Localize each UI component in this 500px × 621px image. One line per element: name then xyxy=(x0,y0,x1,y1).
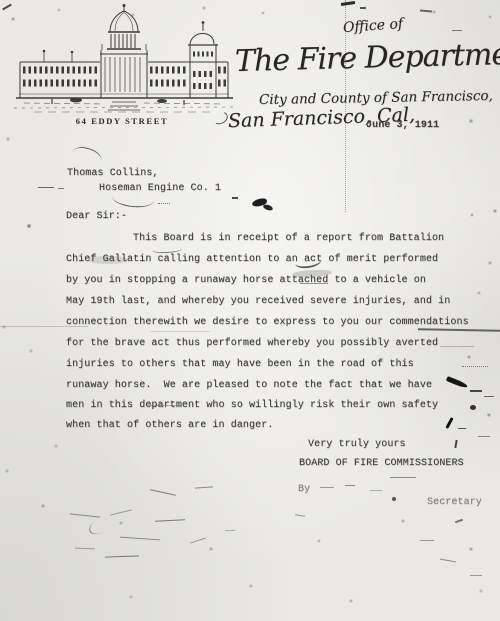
by-label: By xyxy=(298,484,310,496)
pencil-mark xyxy=(120,537,160,541)
pencil-mark xyxy=(195,486,213,488)
scratch-line-mark xyxy=(150,331,210,332)
scratch-line-mark xyxy=(462,366,488,367)
body-line: May 19th last, and whereby you received … xyxy=(66,296,450,308)
body-line: men in this department who so willingly … xyxy=(66,400,438,412)
smudge-mark xyxy=(360,7,366,9)
smudge-mark xyxy=(484,396,494,397)
smudge-mark xyxy=(70,144,104,169)
ink-blot-mark xyxy=(262,203,273,211)
pencil-mark xyxy=(420,540,434,541)
pencil-mark xyxy=(110,509,132,515)
smudge-mark xyxy=(58,188,64,189)
letter-date: June 3, 1911 xyxy=(366,120,439,132)
smudge-mark xyxy=(88,256,128,264)
letterhead-address-caption: 64 EDDY STREET xyxy=(32,116,212,126)
body-line: injuries to others that may have been in… xyxy=(66,359,414,371)
body-line: for the brave act thus performed whereby… xyxy=(66,338,438,350)
signature-organization: BOARD OF FIRE COMMISSIONERS xyxy=(299,458,464,470)
pencil-mark xyxy=(440,559,456,563)
pencil-mark xyxy=(295,514,305,516)
scan-noise-speckles xyxy=(0,0,2,2)
body-line: This Board is in receipt of a report fro… xyxy=(133,233,444,245)
ink-blot-mark xyxy=(470,405,476,410)
smudge-mark xyxy=(345,485,355,486)
pencil-mark xyxy=(470,575,482,576)
salutation: Dear Sir:- xyxy=(66,211,127,223)
smudge-mark xyxy=(478,436,490,437)
pencil-mark xyxy=(190,538,206,544)
pencil-mark xyxy=(105,555,139,557)
smudge-mark xyxy=(470,390,482,392)
smudge-mark xyxy=(38,187,54,188)
smudge-mark xyxy=(370,490,382,491)
pencil-mark xyxy=(455,519,463,524)
pencil-mark xyxy=(150,489,176,495)
city-hall-engraving-illustration xyxy=(14,4,236,116)
pencil-mark xyxy=(70,513,100,517)
secretary-label: Secretary xyxy=(427,497,482,509)
smudge-mark xyxy=(454,440,457,448)
ink-blot-mark xyxy=(445,417,453,429)
scanned-letter-page: 64 EDDY STREET Office of The Fire Depart… xyxy=(0,0,500,621)
smudge-mark xyxy=(158,203,170,204)
letterhead-department-name: The Fire Department, xyxy=(235,36,500,79)
body-line: connection therewith we desire to expres… xyxy=(66,317,469,329)
ink-blot-mark xyxy=(446,376,468,389)
smudge-mark xyxy=(390,477,416,478)
body-line: by you in stopping a runaway horse attac… xyxy=(66,275,426,287)
ink-blot-mark xyxy=(341,1,355,6)
smudge-mark xyxy=(320,487,334,488)
smudge-mark xyxy=(458,428,466,429)
body-line: when that of others are in danger. xyxy=(66,420,273,432)
smudge-mark xyxy=(2,4,12,11)
smudge-mark xyxy=(452,30,462,31)
letterhead-office-of: Office of xyxy=(343,16,404,36)
scratch-line-mark xyxy=(0,326,88,327)
smudge-mark xyxy=(152,245,182,254)
underline-mark xyxy=(148,405,182,406)
closing-phrase: Very truly yours xyxy=(308,439,406,451)
body-line: runaway horse. We are pleased to note th… xyxy=(66,380,432,392)
pencil-mark xyxy=(155,519,185,522)
smudge-mark xyxy=(420,9,432,12)
scratch-line-mark xyxy=(440,346,474,347)
smudge-mark xyxy=(300,283,328,284)
smudge-mark xyxy=(392,497,396,501)
smudge-mark xyxy=(232,197,238,199)
underline-mark xyxy=(418,328,500,331)
pencil-mark xyxy=(75,548,95,550)
recipient-name: Thomas Collins, xyxy=(67,168,159,180)
pencil-mark xyxy=(225,530,235,531)
fold-line-mark xyxy=(345,0,346,212)
